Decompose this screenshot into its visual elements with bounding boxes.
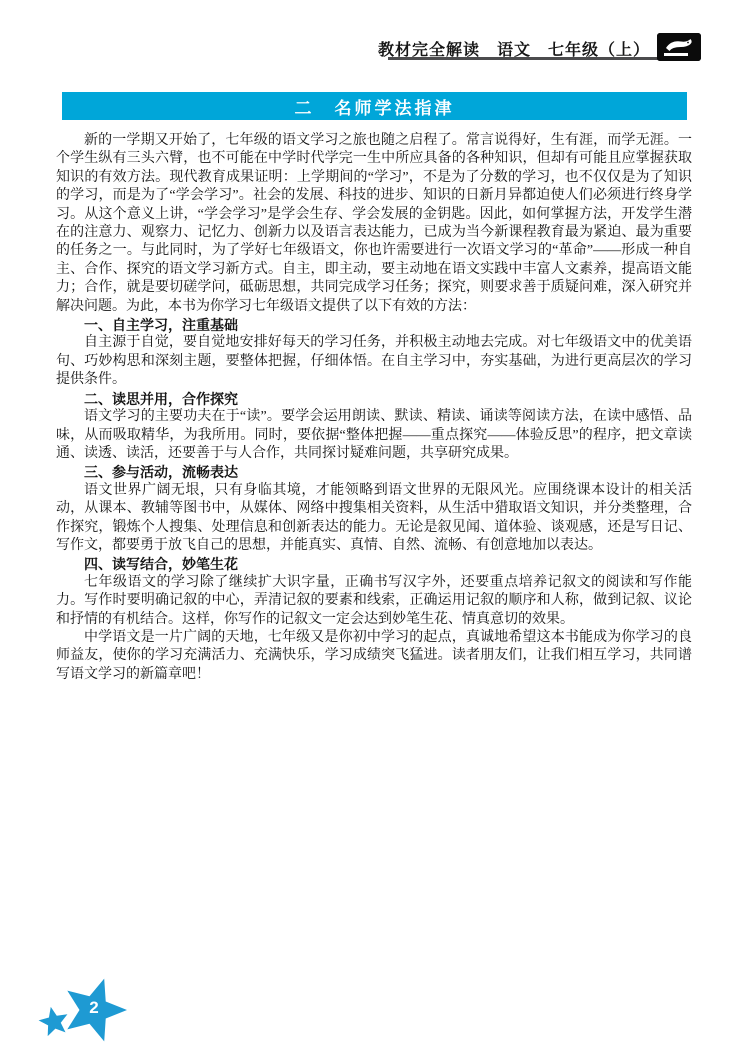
subheading-4: 四、读写结合，妙笔生花 xyxy=(56,555,692,573)
book-page: 教材完全解读 语文 七年级（上） 二 名师学法指津 新的一学期又开始了，七年级的… xyxy=(0,0,747,1054)
paragraph-section-1: 自主源于自觉，要自觉地安排好每天的学习任务，并积极主动地去完成。对七年级语文中的… xyxy=(56,334,692,389)
page-number: 2 xyxy=(80,998,108,1018)
small-star-icon xyxy=(36,1004,71,1038)
paragraph-section-2: 语文学习的主要功夫在于“读”。要学会运用朗读、默读、精读、诵读等阅读方法，在读中… xyxy=(56,408,692,463)
paragraph-intro: 新的一学期又开始了，七年级的语文学习之旅也随之启程了。常言说得好，生有涯，而学无… xyxy=(56,132,692,316)
section-title: 二 名师学法指津 xyxy=(295,94,455,119)
subheading-2: 二、读思并用，合作探究 xyxy=(56,390,692,408)
subheading-1: 一、自主学习，注重基础 xyxy=(56,316,692,334)
article-body: 新的一学期又开始了，七年级的语文学习之旅也随之启程了。常言说得好，生有涯，而学无… xyxy=(56,132,692,684)
paragraph-closing: 中学语文是一片广阔的天地，七年级又是你初中学习的起点，真诚地希望这本书能成为你学… xyxy=(56,629,692,684)
paragraph-section-4: 七年级语文的学习除了继续扩大识字量，正确书写汉字外，还要重点培养记叙文的阅读和写… xyxy=(56,574,692,629)
subheading-3: 三、参与活动，流畅表达 xyxy=(56,463,692,481)
header-rule xyxy=(388,57,692,60)
publisher-animal-logo-icon xyxy=(657,33,701,61)
section-banner: 二 名师学法指津 xyxy=(62,92,687,120)
paragraph-section-3: 语文世界广阔无垠，只有身临其境，才能领略到语文世界的无限风光。应围绕课本设计的相… xyxy=(56,482,692,556)
